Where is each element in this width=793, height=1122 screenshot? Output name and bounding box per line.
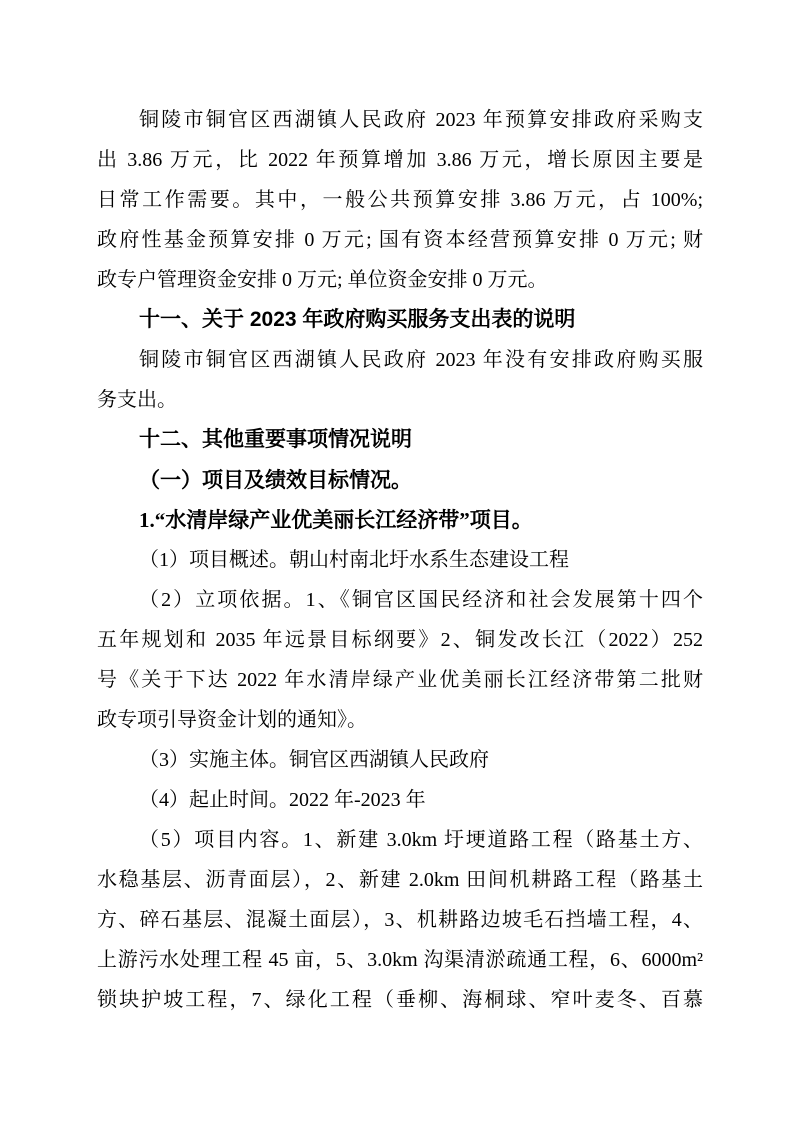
project-1-content-line-3: 方、碎石基层、混凝土面层），3、机耕路边坡毛石挡墙工程，4、 [97, 900, 703, 940]
subsection-1-heading: （一）项目及绩效目标情况。 [97, 460, 703, 500]
section-12-heading: 十二、其他重要事项情况说明 [97, 420, 703, 460]
project-1-content-line-1: （5）项目内容。1、新建 3.0km 圩埂道路工程（路基土方、 [97, 820, 703, 860]
document-text-block: 铜陵市铜官区西湖镇人民政府 2023 年预算安排政府采购支 出 3.86 万元，… [97, 100, 703, 1020]
project-1-implementer-line-1: （3）实施主体。铜官区西湖镇人民政府 [97, 740, 703, 780]
project-1-content-line-5: 锁块护坡工程，7、绿化工程（垂柳、海桐球、窄叶麦冬、百慕 [97, 980, 703, 1020]
project-1-basis-line-1: （2）立项依据。1、《铜官区国民经济和社会发展第十四个 [97, 580, 703, 620]
procurement-paragraph-line-2: 出 3.86 万元，比 2022 年预算增加 3.86 万元，增长原因主要是 [97, 140, 703, 180]
procurement-paragraph-line-1: 铜陵市铜官区西湖镇人民政府 2023 年预算安排政府采购支 [97, 100, 703, 140]
project-1-content-line-2: 水稳基层、沥青面层），2、新建 2.0km 田间机耕路工程（路基土 [97, 860, 703, 900]
project-1-duration-line-1: （4）起止时间。2022 年-2023 年 [97, 780, 703, 820]
project-1-content-line-4: 上游污水处理工程 45 亩，5、3.0km 沟渠清淤疏通工程，6、6000m² [97, 940, 703, 980]
section-11-heading: 十一、关于 2023 年政府购买服务支出表的说明 [97, 300, 703, 340]
project-1-overview-line-1: （1）项目概述。朝山村南北圩水系生态建设工程 [97, 540, 703, 580]
section-11-body-line-1: 铜陵市铜官区西湖镇人民政府 2023 年没有安排政府购买服 [97, 340, 703, 380]
procurement-paragraph-line-4: 政府性基金预算安排 0 万元; 国有资本经营预算安排 0 万元; 财 [97, 220, 703, 260]
document-page: 铜陵市铜官区西湖镇人民政府 2023 年预算安排政府采购支 出 3.86 万元，… [0, 0, 793, 1122]
procurement-paragraph-line-5: 政专户管理资金安排 0 万元; 单位资金安排 0 万元。 [97, 260, 703, 300]
section-11-body-line-2: 务支出。 [97, 380, 703, 420]
project-1-basis-line-2: 五年规划和 2035 年远景目标纲要》2、铜发改长江（2022）252 [97, 620, 703, 660]
project-1-basis-line-3: 号《关于下达 2022 年水清岸绿产业优美丽长江经济带第二批财 [97, 660, 703, 700]
project-1-heading: 1.“水清岸绿产业优美丽长江经济带”项目。 [97, 500, 703, 540]
procurement-paragraph-line-3: 日常工作需要。其中，一般公共预算安排 3.86 万元，占 100%; [97, 180, 703, 220]
project-1-basis-line-4: 政专项引导资金计划的通知》。 [97, 700, 703, 740]
